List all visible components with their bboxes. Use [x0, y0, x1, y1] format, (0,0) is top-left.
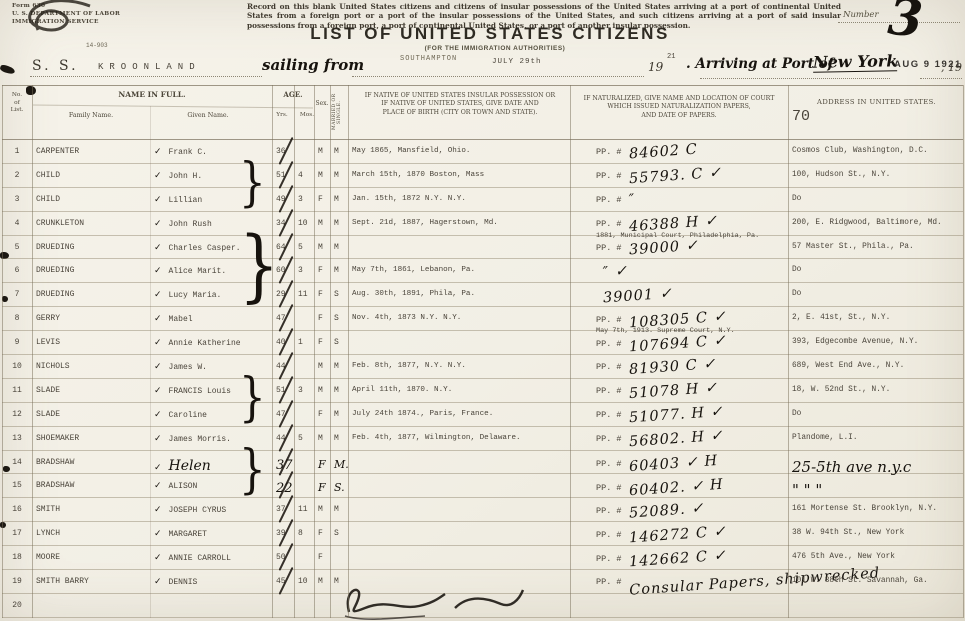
age-months: 11	[294, 283, 314, 306]
col-family-name: Family Name.	[45, 112, 137, 119]
col-naturalized-line3: AND DATE OF PAPERS.	[572, 112, 786, 120]
col-age: AGE.	[272, 90, 314, 99]
given-name: JOSEPH CYRUS	[169, 506, 227, 515]
arriving-at-port-label: . Arriving at Port of	[686, 56, 834, 72]
us-address: 18, W. 52nd St., N.Y.	[788, 379, 963, 402]
sex: M	[314, 355, 330, 378]
passport-number: 60402. ✓ H	[628, 477, 724, 500]
given-name: James Morris.	[169, 435, 231, 444]
checkmark: ✓	[154, 529, 162, 539]
family-name: CARPENTER	[32, 140, 150, 163]
age-months	[294, 546, 314, 569]
family-group-brace: }	[239, 448, 263, 496]
birth-date-place: Aug. 30th, 1891, Phila, Pa.	[348, 283, 570, 306]
sex: M	[314, 164, 330, 187]
given-name: John Rush	[169, 220, 212, 229]
sex: M	[314, 498, 330, 521]
age-months	[294, 403, 314, 426]
given-name-cell: ✓MARGARET	[150, 522, 272, 545]
passport-label: PP. #	[596, 483, 622, 493]
col-birth-line3: PLACE OF BIRTH (CITY OR TOWN AND STATE).	[352, 109, 568, 117]
manifest-row: 3CHILD✓Lillian493FMJan. 15th, 1872 N.Y. …	[2, 188, 963, 212]
given-name-cell	[150, 594, 272, 617]
naturalization-cell: PP. #84602 C	[570, 140, 788, 163]
sailing-port: SOUTHAMPTON	[400, 55, 457, 63]
row-number: 9	[2, 331, 32, 354]
family-name: MOORE	[32, 546, 150, 569]
printed-year: 19	[648, 60, 663, 74]
passport-number: 39000 ✓	[628, 238, 699, 259]
printed-year-2: , 19	[941, 61, 962, 74]
passport-label: PP. #	[596, 147, 622, 157]
us-address: Do	[788, 188, 963, 211]
us-address: 689, West End Ave., N.Y.	[788, 355, 963, 378]
fill-line	[30, 76, 262, 77]
passport-number: 51077. H ✓	[628, 404, 724, 427]
age-months: 10	[294, 570, 314, 593]
naturalization-cell: PP. #51077. H ✓	[570, 403, 788, 426]
checkmark: ✓	[154, 434, 162, 444]
family-name: SMITH BARRY	[32, 570, 150, 593]
given-name: DENNIS	[169, 578, 198, 587]
us-address: Do	[788, 283, 963, 306]
given-name: ANNIE CARROLL	[169, 554, 231, 563]
checkmark: ✓	[154, 171, 162, 181]
passport-label: PP. #	[596, 459, 622, 469]
row-number: 4	[2, 212, 32, 235]
family-name: BRADSHAW	[32, 451, 150, 476]
checkmark: ✓	[154, 386, 162, 396]
row-number: 15	[2, 474, 32, 499]
birth-date-place	[348, 522, 570, 545]
sex: F	[314, 188, 330, 211]
birth-date-place	[348, 474, 570, 499]
family-group-brace: }	[239, 161, 263, 209]
naturalization-cell: PP. #Consular Papers, shipwrecked	[570, 570, 788, 593]
marital-status: M	[330, 188, 348, 211]
row-number: 20	[2, 594, 32, 617]
passport-label: PP. #	[596, 315, 622, 325]
row-number: 2	[2, 164, 32, 187]
manifest-row: 6DRUEDING✓Alice Marit.603FMMay 7th, 1861…	[2, 259, 963, 283]
checkmark: ✓	[154, 505, 162, 515]
us-address: 393, Edgecombe Avenue, N.Y.	[788, 331, 963, 354]
birth-date-place: Feb. 4th, 1877, Wilmington, Delaware.	[348, 427, 570, 450]
marital-status: M	[330, 427, 348, 450]
col-birth-line2: IF NATIVE OF UNITED STATES, GIVE DATE AN…	[352, 100, 568, 108]
column-rule	[963, 85, 964, 618]
typed-year-suffix: 21	[667, 53, 675, 61]
sex: F	[314, 546, 330, 569]
passport-label: PP. #	[596, 434, 622, 444]
family-name: SHOEMAKER	[32, 427, 150, 450]
passport-label: PP. #	[596, 219, 622, 229]
signature-scrawl	[335, 582, 530, 620]
passport-number: 52089. ✓	[628, 500, 704, 521]
col-no-line2: of	[2, 100, 32, 108]
naturalization-cell: PP. #142662 C ✓	[570, 546, 788, 569]
ss-label: S. S.	[32, 58, 79, 74]
manifest-row: 7DRUEDING✓Lucy Maria.2911FSAug. 30th, 18…	[2, 283, 963, 307]
col-married-or-single: MARRIED OR SINGLE.	[332, 88, 348, 136]
naturalization-cell: 1881, Municipal Court, Philadelphia, Pa.…	[570, 236, 788, 259]
passport-number: 142662 C ✓	[628, 547, 727, 570]
sex: F	[314, 283, 330, 306]
page-subtitle: (FOR THE IMMIGRATION AUTHORITIES)	[255, 45, 735, 52]
birth-date-place: Jan. 15th, 1872 N.Y. N.Y.	[348, 188, 570, 211]
passport-label: PP. #	[596, 243, 622, 253]
age-months	[294, 594, 314, 617]
given-name-cell: ✓Annie Katherine	[150, 331, 272, 354]
ship-name: KROONLAND	[98, 62, 201, 72]
row-number: 8	[2, 307, 32, 330]
us-address: 200, E. Ridgwood, Baltimore, Md.	[788, 212, 963, 235]
fill-line	[700, 78, 890, 79]
marital-status: S.	[330, 474, 348, 499]
family-name: SLADE	[32, 379, 150, 402]
sailing-date: JULY 29th	[492, 58, 542, 66]
family-name: CRUNKLETON	[32, 212, 150, 235]
age-months	[294, 355, 314, 378]
family-name: NICHOLS	[32, 355, 150, 378]
manifest-rows: 1CARPENTER✓Frank C.36MMMay 1865, Mansfie…	[2, 140, 963, 618]
age-months: 4	[294, 164, 314, 187]
age-months	[294, 451, 314, 476]
manifest-row: 18MOORE✓ANNIE CARROLL50FPP. #142662 C ✓4…	[2, 546, 963, 570]
sex: F	[314, 522, 330, 545]
age-years	[272, 594, 294, 617]
row-number: 19	[2, 570, 32, 593]
sex: F	[314, 451, 330, 476]
column-rule	[314, 85, 315, 618]
col-name-in-full: NAME IN FULL.	[32, 90, 272, 99]
col-given-name: Given Name.	[162, 112, 254, 119]
checkmark: ✓	[154, 195, 162, 205]
manifest-row: 9LEVIS✓Annie Katherine401FSMay 7th, 1913…	[2, 331, 963, 355]
manifest-row: 16SMITH✓JOSEPH CYRUS3711MMPP. #52089. ✓1…	[2, 498, 963, 522]
checkmark: ✓	[154, 266, 162, 276]
checkmark: ✓	[154, 219, 162, 229]
birth-date-place	[348, 498, 570, 521]
marital-status: M	[330, 140, 348, 163]
checkmark: ✓	[154, 362, 162, 372]
age-years: 39	[272, 522, 294, 545]
family-name: CHILD	[32, 164, 150, 187]
checkmark: ✓	[154, 463, 162, 473]
family-name: DRUEDING	[32, 236, 150, 259]
age-months	[294, 140, 314, 163]
col-age-mos: Mos.	[293, 112, 321, 118]
subheader-rule	[33, 105, 313, 109]
family-name: DRUEDING	[32, 283, 150, 306]
row-number: 11	[2, 379, 32, 402]
passport-number: 51078 H ✓	[628, 380, 718, 402]
col-naturalized-line1: IF NATURALIZED, GIVE NAME AND LOCATION O…	[572, 95, 786, 103]
manifest-row: 1CARPENTER✓Frank C.36MMMay 1865, Mansfie…	[2, 140, 963, 164]
us-address: 101 W. 38th St. Savannah, Ga.	[788, 570, 963, 593]
given-name: Frank C.	[169, 148, 207, 157]
naturalization-cell: PP. #55793. C ✓	[570, 164, 788, 187]
naturalization-cell: PP. #51078 H ✓	[570, 379, 788, 402]
naturalization-cell: PP. #52089. ✓	[570, 498, 788, 521]
given-name-cell: ✓JOSEPH CYRUS	[150, 498, 272, 521]
age-months: 5	[294, 236, 314, 259]
passport-number: 81930 C ✓	[628, 356, 716, 378]
given-name: James W.	[169, 363, 207, 372]
naturalization-cell: May 7th, 1913. Supreme Court, N.Y.PP. #1…	[570, 331, 788, 354]
column-rule	[788, 85, 789, 618]
row-number: 3	[2, 188, 32, 211]
manifest-row: 11SLADE✓FRANCIS Louis513MMApril 11th, 18…	[2, 379, 963, 403]
row-number: 16	[2, 498, 32, 521]
passport-label: PP. #	[596, 171, 622, 181]
given-name: Annie Katherine	[169, 339, 241, 348]
us-address: 100, Hudson St., N.Y.	[788, 164, 963, 187]
passport-number: 55793. C ✓	[628, 165, 722, 187]
given-name: Helen	[169, 458, 211, 474]
checkmark: ✓	[154, 338, 162, 348]
sex: M	[314, 212, 330, 235]
us-address: Do	[788, 259, 963, 282]
row-number: 12	[2, 403, 32, 426]
family-name: LEVIS	[32, 331, 150, 354]
given-name: Caroline	[169, 411, 207, 420]
sex: M	[314, 236, 330, 259]
passport-number: 146272 C ✓	[628, 523, 727, 546]
sex: F	[314, 259, 330, 282]
family-name: BRADSHAW	[32, 474, 150, 499]
age-months: 3	[294, 188, 314, 211]
column-rule	[32, 85, 33, 618]
naturalization-cell: PP. #81930 C ✓	[570, 355, 788, 378]
passport-label: PP. #	[596, 554, 622, 564]
family-group-brace: }	[239, 233, 263, 305]
us-address: 161 Mortense St. Brooklyn, N.Y.	[788, 498, 963, 521]
given-name: Alice Marit.	[169, 267, 227, 276]
passport-number: 84602 C	[628, 142, 698, 163]
birth-date-place: July 24th 1874., Paris, France.	[348, 403, 570, 426]
us-address: Plandome, L.I.	[788, 427, 963, 450]
us-address: " " "	[788, 474, 963, 499]
checkmark: ✓	[154, 481, 162, 491]
naturalization-cell: PP. #″	[570, 188, 788, 211]
row-number: 18	[2, 546, 32, 569]
ink-blot	[0, 64, 16, 75]
marital-status: M	[330, 355, 348, 378]
table-top-rule	[2, 85, 963, 86]
age-months: 11	[294, 498, 314, 521]
sex	[314, 594, 330, 617]
birth-date-place: March 15th, 1870 Boston, Mass	[348, 164, 570, 187]
row-number: 7	[2, 283, 32, 306]
row-number: 10	[2, 355, 32, 378]
birth-date-place	[348, 236, 570, 259]
fill-line	[352, 76, 644, 77]
manifest-row: 2CHILD✓John H.514MMMarch 15th, 1870 Bost…	[2, 164, 963, 188]
checkmark: ✓	[154, 243, 162, 253]
age-months: 3	[294, 379, 314, 402]
sex: M	[314, 379, 330, 402]
birth-date-place: Feb. 8th, 1877, N.Y. N.Y.	[348, 355, 570, 378]
manifest-row: 4CRUNKLETON✓John Rush3410MMSept. 21d, 18…	[2, 212, 963, 236]
given-name-cell: ✓Mabel	[150, 307, 272, 330]
number-label: Number	[843, 10, 879, 20]
col-birth-line1: IF NATIVE OF UNITED STATES INSULAR POSSE…	[352, 92, 568, 100]
family-group-brace: }	[239, 376, 263, 424]
marital-status: M	[330, 212, 348, 235]
manifest-row: 10NICHOLS✓James W.44MMFeb. 8th, 1877, N.…	[2, 355, 963, 379]
marital-status: M	[330, 259, 348, 282]
birth-date-place: Sept. 21d, 1887, Hagerstown, Md.	[348, 212, 570, 235]
given-name: ALISON	[169, 482, 198, 491]
age-months	[294, 474, 314, 499]
naturalization-cell	[570, 594, 788, 617]
naturalization-cell: 39001 ✓	[570, 283, 788, 306]
passport-label: PP. #	[596, 195, 622, 205]
given-name: Lucy Maria.	[169, 291, 222, 300]
us-address: 38 W. 94th St., New York	[788, 522, 963, 545]
col-address: ADDRESS IN UNITED STATES.	[790, 98, 963, 106]
column-rule	[348, 85, 349, 618]
manifest-row: 15BRADSHAW✓ALISON22FS.PP. #60402. ✓ H" "…	[2, 474, 963, 498]
checkmark: ✓	[154, 577, 162, 587]
family-name: SLADE	[32, 403, 150, 426]
age-months: 1	[294, 331, 314, 354]
us-address: 25-5th ave n.y.c	[788, 451, 963, 476]
passport-number: 60403 ✓ H	[628, 453, 718, 475]
column-rule	[330, 85, 331, 618]
sex: M	[314, 427, 330, 450]
family-name: CHILD	[32, 188, 150, 211]
naturalization-cell: PP. #56802. H ✓	[570, 427, 788, 450]
naturalization-cell: PP. #146272 C ✓	[570, 522, 788, 545]
naturalization-cell: ″ ✓	[570, 259, 788, 282]
family-name: SMITH	[32, 498, 150, 521]
marital-status: M.	[330, 451, 348, 476]
column-rule	[150, 106, 151, 618]
row-number: 5	[2, 236, 32, 259]
us-address	[788, 594, 963, 617]
given-name: FRANCIS Louis	[169, 387, 231, 396]
col-no-line3: List.	[2, 107, 32, 115]
us-address: Do	[788, 403, 963, 426]
age-months: 3	[294, 259, 314, 282]
marital-status	[330, 546, 348, 569]
column-rule	[2, 85, 3, 618]
marital-status: S	[330, 522, 348, 545]
passport-number: 56802. H ✓	[628, 428, 724, 451]
family-name: GERRY	[32, 307, 150, 330]
manifest-row: 12SLADE✓Caroline47FMJuly 24th 1874., Par…	[2, 403, 963, 427]
arrival-port: New York	[813, 51, 898, 72]
marital-status: M	[330, 236, 348, 259]
passport-label: PP. #	[596, 386, 622, 396]
us-address: 2, E. 41st, St., N.Y.	[788, 307, 963, 330]
manifest-row: 17LYNCH✓MARGARET398FSPP. #146272 C ✓38 W…	[2, 522, 963, 546]
sailing-from-label: sailing from	[262, 56, 364, 74]
birth-date-place: April 11th, 1870. N.Y.	[348, 379, 570, 402]
col-naturalized-line2: WHICH ISSUED NATURALIZATION PAPERS,	[572, 103, 786, 111]
marital-status: M	[330, 379, 348, 402]
checkmark: ✓	[154, 410, 162, 420]
passport-label: PP. #	[596, 339, 622, 349]
manifest-row: 5DRUEDING✓Charles Casper.645MM1881, Muni…	[2, 236, 963, 260]
age-months: 10	[294, 212, 314, 235]
sex: F	[314, 403, 330, 426]
us-address: 57 Master St., Phila., Pa.	[788, 236, 963, 259]
passport-number: ″	[628, 192, 636, 208]
checkmark: ✓	[154, 290, 162, 300]
given-name: Lillian	[169, 196, 203, 205]
birth-date-place	[348, 546, 570, 569]
checkmark: ✓	[154, 147, 162, 157]
given-name-cell: ✓DENNIS	[150, 570, 272, 593]
row-number: 13	[2, 427, 32, 450]
manifest-row: 8GERRY✓Mabel47FSNov. 4th, 1873 N.Y. N.Y.…	[2, 307, 963, 331]
naturalization-cell: PP. #60402. ✓ H	[570, 474, 788, 499]
age-months: 5	[294, 427, 314, 450]
sex: M	[314, 140, 330, 163]
address-column-number: 70	[792, 108, 810, 125]
given-name-cell: ✓ANNIE CARROLL	[150, 546, 272, 569]
naturalization-cell: PP. #60403 ✓ H	[570, 451, 788, 476]
column-rule	[294, 85, 295, 618]
marital-status: S	[330, 331, 348, 354]
birth-date-place	[348, 331, 570, 354]
marital-status: S	[330, 283, 348, 306]
manifest-row: 14BRADSHAW✓Helen37FM.PP. #60403 ✓ H25-5t…	[2, 451, 963, 475]
passport-label: PP. #	[596, 410, 622, 420]
marital-status: M	[330, 498, 348, 521]
marital-status: M	[330, 403, 348, 426]
age-months: 8	[294, 522, 314, 545]
col-no-line1: No.	[2, 92, 32, 100]
ship-manifest-document: Form 630 U. S. DEPARTMENT OF LABOR IMMIG…	[0, 0, 965, 621]
checkmark: ✓	[154, 553, 162, 563]
us-address: Cosmos Club, Washington, D.C.	[788, 140, 963, 163]
row-number: 6	[2, 259, 32, 282]
sex: F	[314, 307, 330, 330]
column-rule	[570, 85, 571, 618]
given-name: Charles Casper.	[169, 244, 241, 253]
given-name: MARGARET	[169, 530, 207, 539]
sex: M	[314, 570, 330, 593]
sex: F	[314, 331, 330, 354]
family-name: DRUEDING	[32, 259, 150, 282]
family-name: LYNCH	[32, 522, 150, 545]
passport-label: PP. #	[596, 506, 622, 516]
row-number: 1	[2, 140, 32, 163]
passport-number: 39001 ✓	[603, 285, 674, 306]
page-title: LIST OF UNITED STATES CITIZENS	[0, 24, 965, 44]
birth-date-place: May 7th, 1861, Lebanon, Pa.	[348, 259, 570, 282]
passport-number: ″ ✓	[602, 263, 628, 281]
row-number: 17	[2, 522, 32, 545]
column-rule	[272, 85, 273, 618]
given-name: John H.	[169, 172, 203, 181]
birth-date-place: Nov. 4th, 1873 N.Y. N.Y.	[348, 307, 570, 330]
marital-status: S	[330, 307, 348, 330]
birth-date-place	[348, 451, 570, 476]
checkmark: ✓	[154, 314, 162, 324]
birth-date-place: May 1865, Mansfield, Ohio.	[348, 140, 570, 163]
sex: F	[314, 474, 330, 499]
age-months	[294, 307, 314, 330]
given-name: Mabel	[169, 315, 193, 324]
family-name	[32, 594, 150, 617]
fill-line	[920, 78, 962, 79]
marital-status: M	[330, 164, 348, 187]
